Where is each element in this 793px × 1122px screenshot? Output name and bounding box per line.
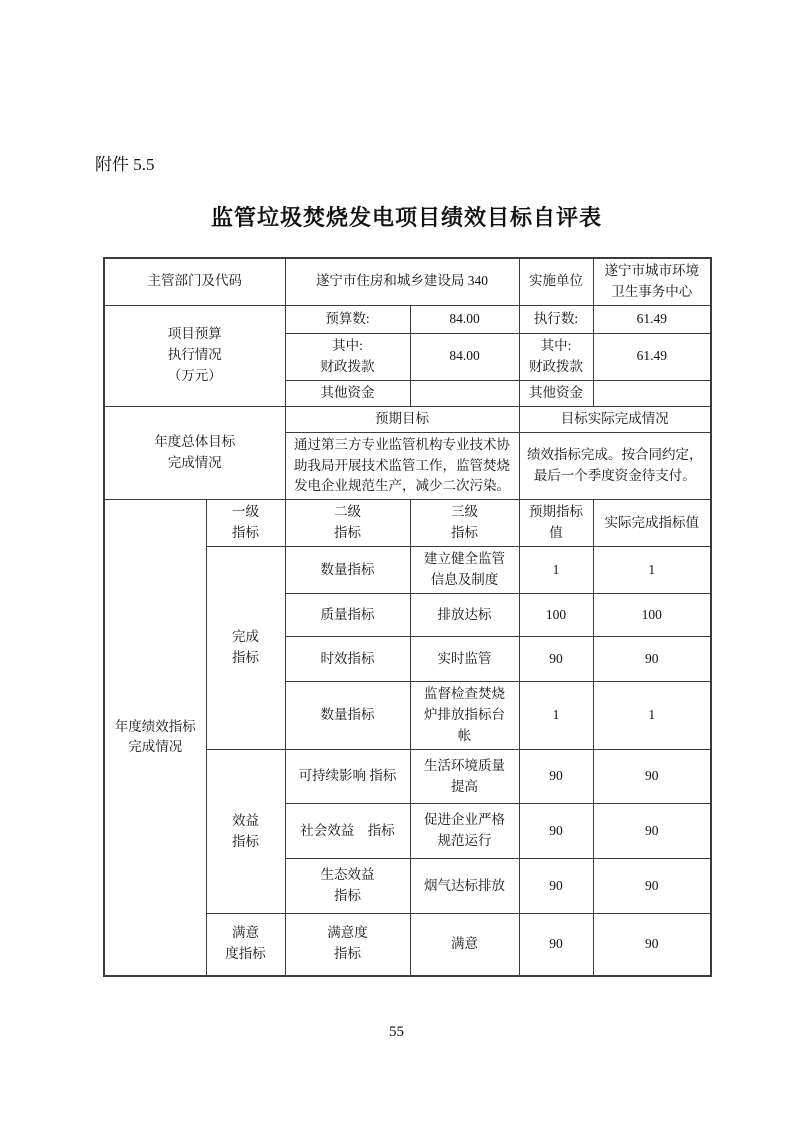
level3-cell: 促进企业严格 规范运行 <box>410 804 519 859</box>
dept-row: 主管部门及代码 遂宁市住房和城乡建设局 340 实施单位 遂宁市城市环境 卫生事… <box>104 258 711 305</box>
level3-cell: 排放达标 <box>410 594 519 637</box>
level2-cell: 可持续影响 指标 <box>285 750 410 804</box>
actual-value-cell: 1 <box>593 682 711 750</box>
actual-value-cell: 90 <box>593 750 711 804</box>
level2-cell: 时效指标 <box>285 637 410 682</box>
budget-value-cell: 84.00 <box>410 333 519 380</box>
level3-cell: 实时监管 <box>410 637 519 682</box>
level1-cell: 完成 指标 <box>206 547 285 750</box>
expected-value-cell: 1 <box>519 547 593 594</box>
execution-label-cell: 其他资金 <box>519 380 593 406</box>
actual-value-cell: 90 <box>593 804 711 859</box>
execution-label-cell: 执行数: <box>519 305 593 333</box>
expected-value-cell: 90 <box>519 637 593 682</box>
actual-value-cell: 1 <box>593 547 711 594</box>
budget-value-cell <box>410 380 519 406</box>
actual-value-cell: 90 <box>593 859 711 914</box>
expected-goal-header-cell: 预期目标 <box>285 406 519 432</box>
dept-value-cell: 遂宁市住房和城乡建设局 340 <box>285 258 519 305</box>
attachment-label: 附件 5.5 <box>95 150 155 175</box>
execution-value-cell: 61.49 <box>593 305 711 333</box>
level2-cell: 满意度 指标 <box>285 914 410 976</box>
actual-goal-header-cell: 目标实际完成情况 <box>519 406 711 432</box>
level3-cell: 满意 <box>410 914 519 976</box>
expected-value-cell: 90 <box>519 859 593 914</box>
level1-header-cell: 一级 指标 <box>206 500 285 547</box>
dept-label-cell: 主管部门及代码 <box>104 258 285 305</box>
budget-row: 项目预算 执行情况 （万元） 预算数: 84.00 执行数: 61.49 <box>104 305 711 333</box>
expected-header-cell: 预期指标 值 <box>519 500 593 547</box>
annual-goal-label-cell: 年度总体目标 完成情况 <box>104 406 285 500</box>
level2-cell: 生态效益 指标 <box>285 859 410 914</box>
indicator-section-label-cell: 年度绩效指标 完成情况 <box>104 500 206 976</box>
level2-cell: 数量指标 <box>285 682 410 750</box>
actual-value-cell: 90 <box>593 914 711 976</box>
budget-label-cell: 其他资金 <box>285 380 410 406</box>
actual-header-cell: 实际完成指标值 <box>593 500 711 547</box>
level1-cell: 满意 度指标 <box>206 914 285 976</box>
impl-unit-value-cell: 遂宁市城市环境 卫生事务中心 <box>593 258 711 305</box>
level3-header-cell: 三级 指标 <box>410 500 519 547</box>
page-number: 55 <box>0 1024 793 1041</box>
level3-cell: 建立健全监管 信息及制度 <box>410 547 519 594</box>
level2-cell: 数量指标 <box>285 547 410 594</box>
level1-cell: 效益 指标 <box>206 750 285 914</box>
actual-value-cell: 100 <box>593 594 711 637</box>
level2-cell: 质量指标 <box>285 594 410 637</box>
level3-cell: 烟气达标排放 <box>410 859 519 914</box>
actual-goal-text-cell: 绩效指标完成。按合同约定，最后一个季度资金待支付。 <box>519 432 711 500</box>
expected-value-cell: 90 <box>519 750 593 804</box>
level3-cell: 监督检查焚烧 炉排放指标台 帐 <box>410 682 519 750</box>
level2-cell: 社会效益 指标 <box>285 804 410 859</box>
expected-goal-text-cell: 通过第三方专业监管机构专业技术协助我局开展技术监管工作，监管焚烧发电企业规范生产… <box>285 432 519 500</box>
document-title: 监管垃圾焚烧发电项目绩效目标自评表 <box>103 201 710 232</box>
budget-value-cell: 84.00 <box>410 305 519 333</box>
execution-value-cell: 61.49 <box>593 333 711 380</box>
annual-goal-header-row: 年度总体目标 完成情况 预期目标 目标实际完成情况 <box>104 406 711 432</box>
expected-value-cell: 90 <box>519 804 593 859</box>
actual-value-cell: 90 <box>593 637 711 682</box>
expected-value-cell: 90 <box>519 914 593 976</box>
indicator-header-row: 年度绩效指标 完成情况 一级 指标 二级 指标 三级 指标 预期指标 值 实际完… <box>104 500 711 547</box>
expected-value-cell: 100 <box>519 594 593 637</box>
level3-cell: 生活环境质量 提高 <box>410 750 519 804</box>
impl-unit-label-cell: 实施单位 <box>519 258 593 305</box>
execution-label-cell: 其中: 财政拨款 <box>519 333 593 380</box>
budget-label-cell: 其中: 财政拨款 <box>285 333 410 380</box>
level2-header-cell: 二级 指标 <box>285 500 410 547</box>
budget-section-label-cell: 项目预算 执行情况 （万元） <box>104 305 285 406</box>
budget-label-cell: 预算数: <box>285 305 410 333</box>
expected-value-cell: 1 <box>519 682 593 750</box>
execution-value-cell <box>593 380 711 406</box>
self-evaluation-table: 主管部门及代码 遂宁市住房和城乡建设局 340 实施单位 遂宁市城市环境 卫生事… <box>103 257 712 977</box>
